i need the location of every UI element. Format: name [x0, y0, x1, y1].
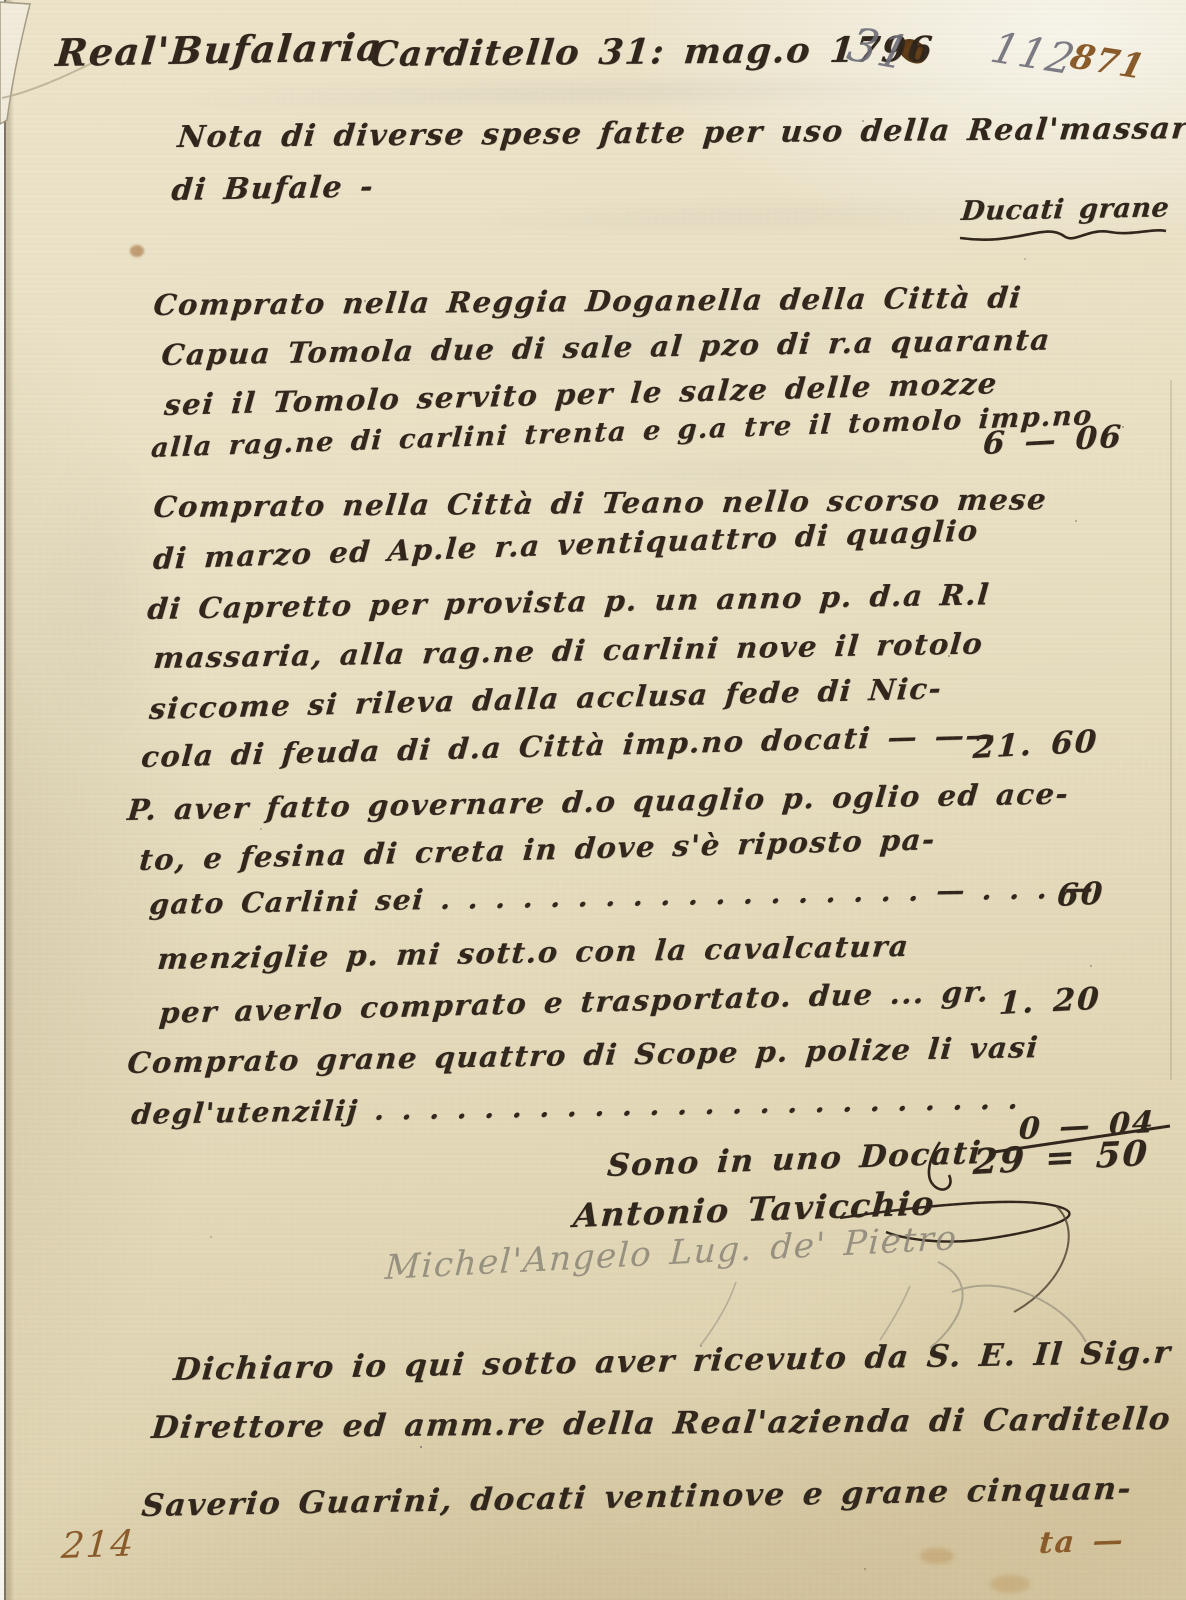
heading-underline-flourish — [960, 230, 1166, 239]
declaration-line: Dichiaro io qui sotto aver ricevuto da S… — [172, 1335, 1173, 1388]
entry-amount: 1. 20 — [998, 981, 1102, 1022]
pencil-folio-number: 31 — [842, 17, 916, 81]
subject-line-2: di Bufale - — [170, 169, 376, 208]
entry-line: siccome si rileva dalla acclusa fede di … — [148, 671, 944, 726]
entry-line: Comprato nella Reggia Doganella della Ci… — [152, 280, 1024, 322]
manuscript-scan-page: Real'Bufalaria Carditello 31: mag.o 1796… — [0, 0, 1186, 1600]
paper-stain — [990, 1575, 1030, 1593]
entry-amount: 60 — [1056, 876, 1105, 914]
entry-line: degl'utenzilij . . . . . . . . . . . . .… — [130, 1083, 1021, 1131]
page-number: 214 — [60, 1523, 136, 1567]
torn-corner — [0, 2, 30, 124]
header-title: Real'Bufalaria — [54, 24, 385, 75]
entry-line: Comprato grane quattro di Scope p. poliz… — [126, 1030, 1040, 1080]
subject-line-1: Nota di diverse spese fatte per uso dell… — [176, 111, 1186, 155]
entry-amount: 21. 60 — [972, 724, 1099, 766]
ink-bleedthrough — [430, 195, 1050, 240]
signature-flourish-tail — [1014, 1206, 1069, 1312]
entry-line: gato Carlini sei . . . . . . . . . . . .… — [148, 872, 1096, 921]
entry-line: per averlo comprato e trasportato. due .… — [158, 974, 991, 1030]
ink-stain — [130, 245, 144, 257]
entry-line: di Capretto per provista p. un anno p. d… — [146, 577, 991, 626]
entry-line: massaria, alla rag.ne di carlini nove il… — [152, 627, 985, 675]
entry-amount: 6 — 06 — [982, 419, 1124, 462]
pen-stray-strokes — [700, 1282, 910, 1346]
entry-line: cola di feuda di d.a Città imp.no docati… — [140, 718, 997, 774]
total-amount: 29 = 50 — [972, 1133, 1150, 1183]
entry-line: to, e fesina di creta in dove s'è ripost… — [138, 822, 937, 877]
page-right-edge — [1170, 380, 1172, 1080]
column-heading-ducati-grane: Ducati grane — [960, 192, 1171, 227]
catchword: ta — — [1038, 1523, 1125, 1561]
page-left-edge — [0, 0, 14, 1600]
secondary-signature-flourish — [930, 1262, 1086, 1348]
paper-specks — [0, 0, 2, 2]
paper-stain — [920, 1548, 954, 1564]
declaration-line: Direttore ed amm.re della Real'azienda d… — [150, 1401, 1186, 1446]
entry-line: P. aver fatto governare d.o quaglio p. o… — [126, 777, 1071, 827]
ink-archive-number: 871 — [1066, 36, 1150, 87]
entry-line: Capua Tomola due di sale al pzo di r.a q… — [160, 323, 1052, 372]
declaration-line: Saverio Guarini, docati ventinove e gran… — [140, 1471, 1134, 1524]
total-label: Sono in uno Docati — [606, 1135, 983, 1184]
entry-line: menziglie p. mi sott.o con la cavalcatur… — [156, 929, 911, 976]
